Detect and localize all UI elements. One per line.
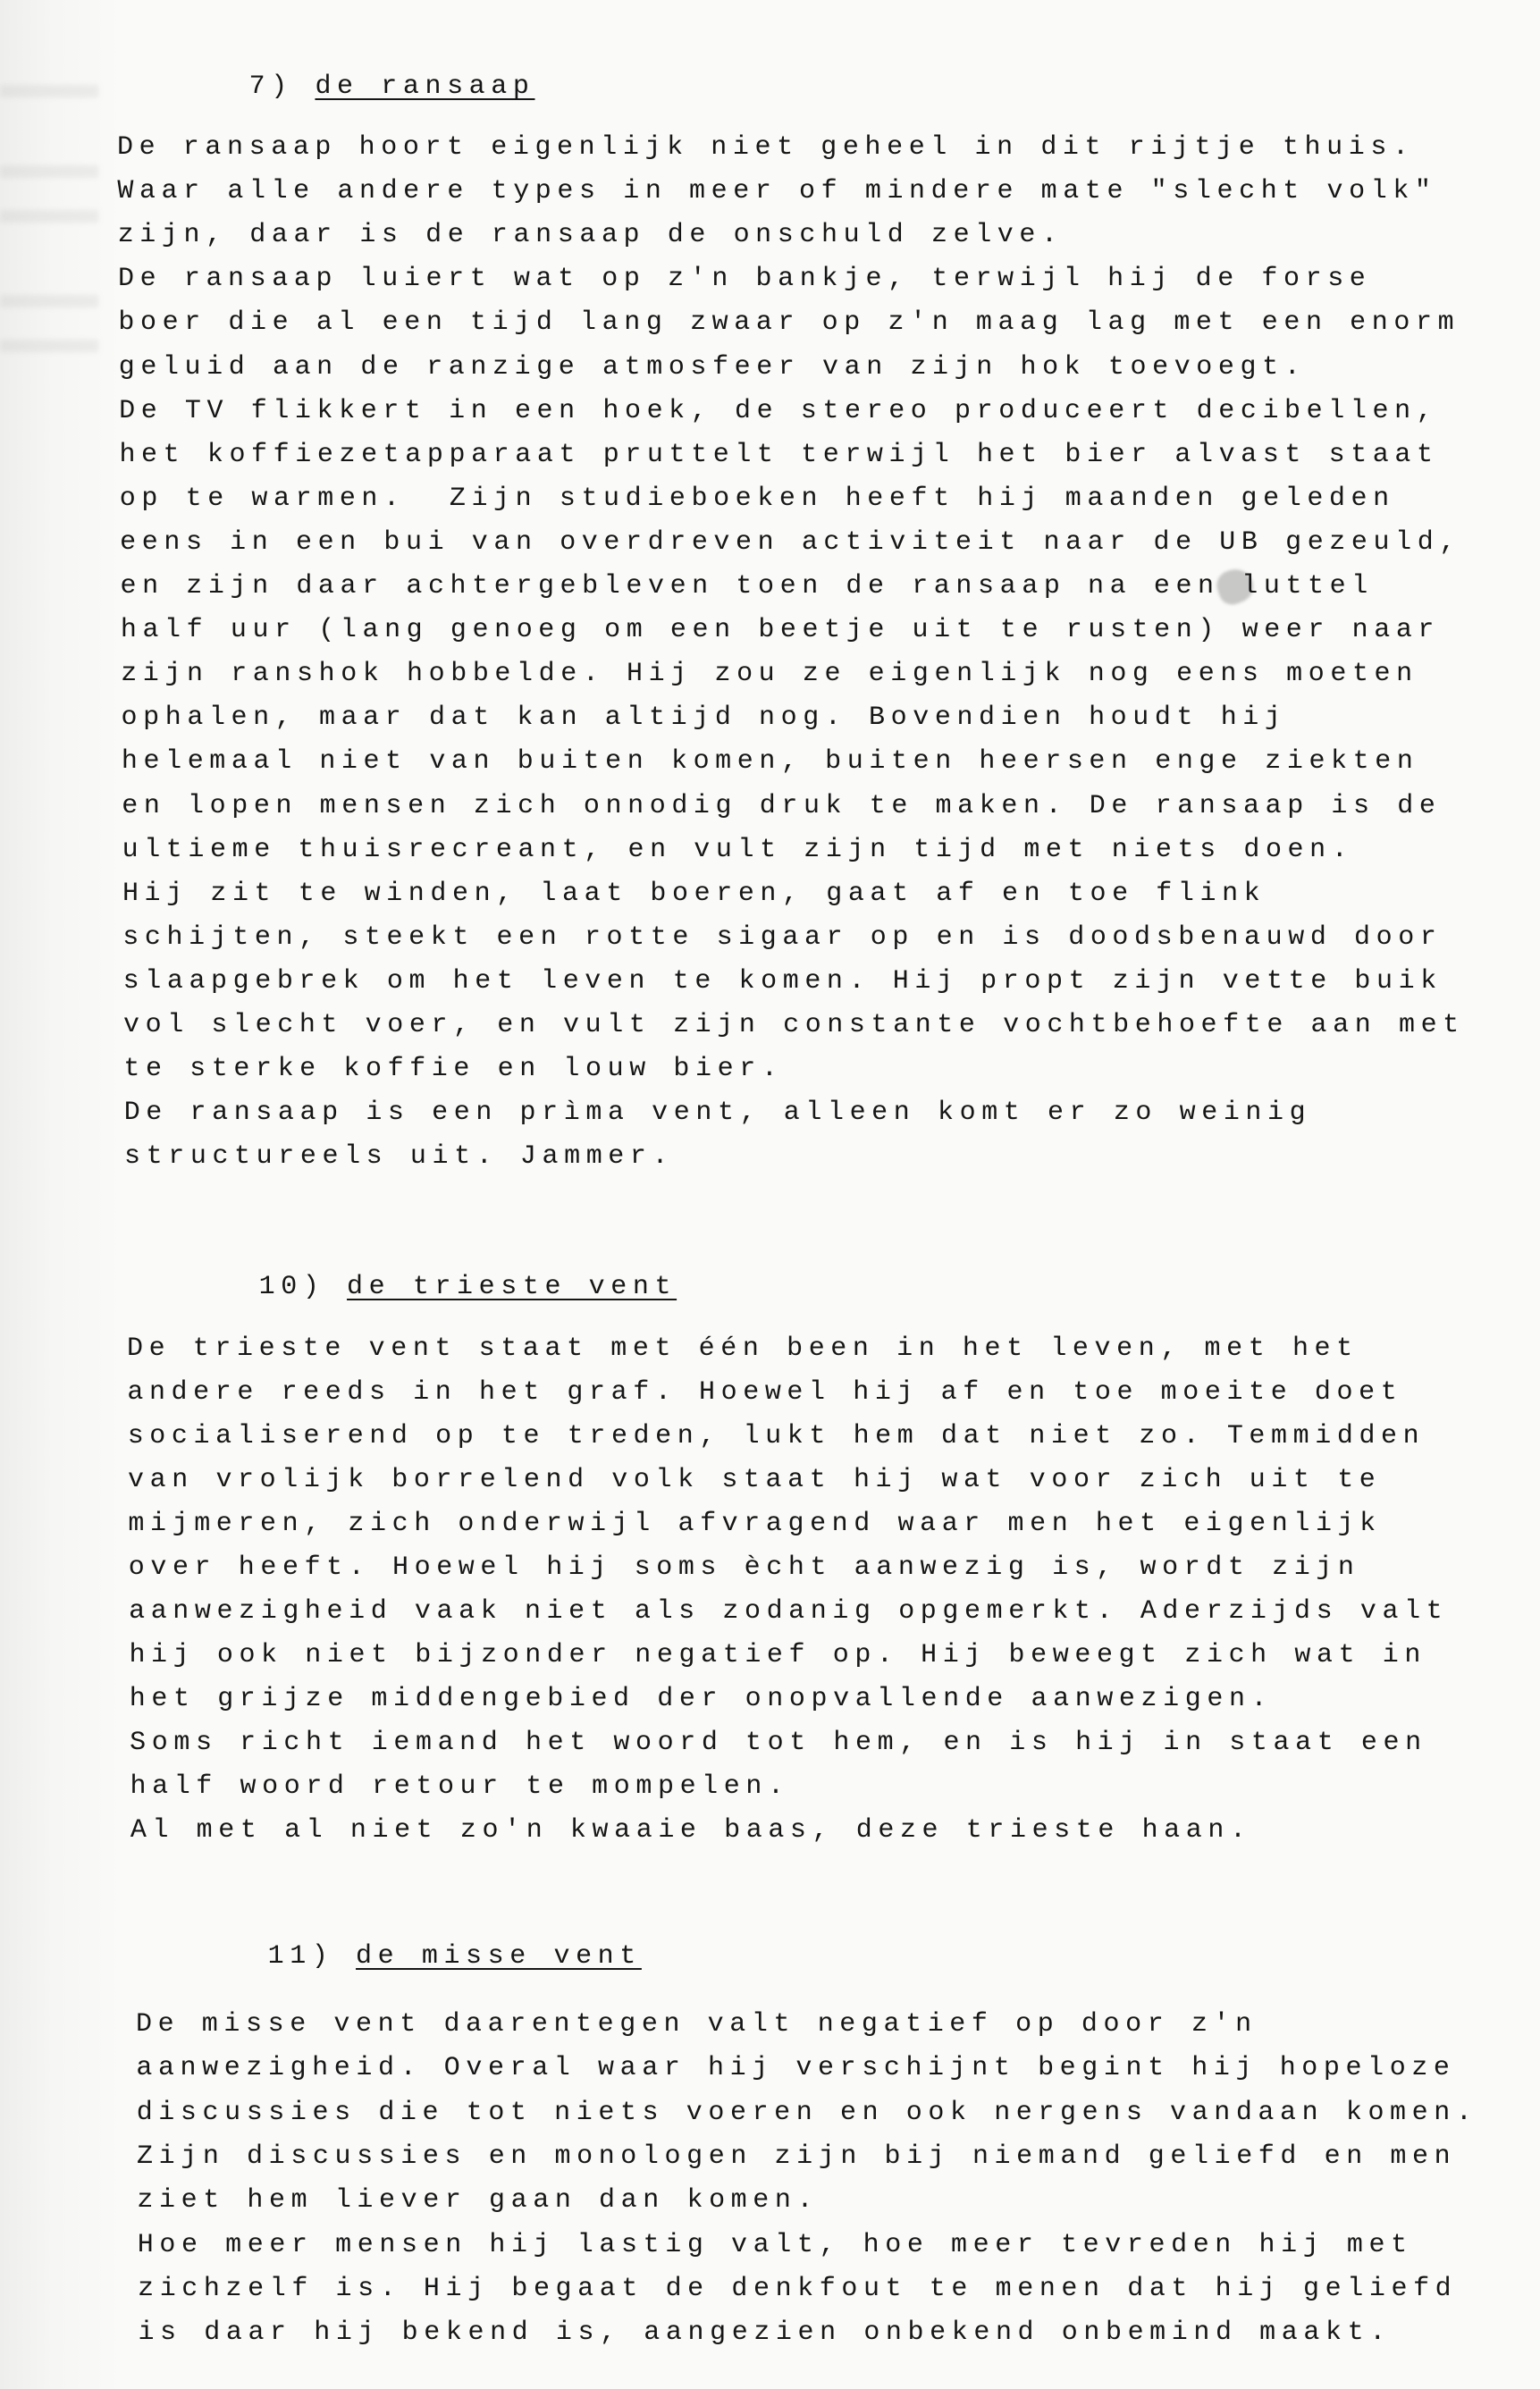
bleed-through-mark <box>0 85 98 97</box>
bleed-through-mark <box>0 165 98 178</box>
bleed-through-mark <box>0 295 98 307</box>
text-line: socialiserend op te treden, lukt hem dat… <box>128 1423 1426 1450</box>
text-line: structureels uit. Jammer. <box>124 1143 674 1170</box>
scanned-page: 7) de ransaap De ransaap hoort eigenlijk… <box>0 0 1540 2389</box>
text-line: geluid aan de ranzige atmosfeer van zijn… <box>119 354 1307 381</box>
section-number: 7) <box>249 72 293 102</box>
section-number: 11) <box>268 1941 334 1972</box>
text-line: zijn, daar is de ransaap de onschuld zel… <box>118 222 1064 248</box>
text-line: helemaal niet van buiten komen, buiten h… <box>122 748 1419 775</box>
text-line: De ransaap luiert wat op z'n bankje, ter… <box>118 265 1371 292</box>
text-line: discussies die tot niets voeren en ook n… <box>137 2099 1478 2126</box>
text-line: zichzelf is. Hij begaat de denkfout te m… <box>138 2275 1457 2302</box>
text-line: aanwezigheid. Overal waar hij verschijnt… <box>136 2055 1455 2082</box>
text-line: Zijn discussies en monologen zijn bij ni… <box>137 2143 1456 2170</box>
text-line: ultieme thuisrecreant, en vult zijn tijd… <box>122 837 1354 863</box>
section-heading: 10) de trieste vent <box>127 1247 677 1327</box>
bleed-through-mark <box>0 340 98 352</box>
text-line: mijmeren, zich onderwijl afvragend waar … <box>128 1510 1381 1537</box>
text-line: en zijn daar achtergebleven toen de rans… <box>121 573 1374 600</box>
bleed-through-mark <box>0 210 98 223</box>
text-line: over heeft. Hoewel hij soms ècht aanwezi… <box>129 1554 1360 1581</box>
text-line: het koffiezetapparaat pruttelt terwijl h… <box>119 442 1438 468</box>
text-line: Hij zit te winden, laat boeren, gaat af … <box>122 880 1266 907</box>
text-line: Soms richt iemand het woord tot hem, en … <box>130 1729 1427 1756</box>
text-line: Hoe meer mensen hij lastig valt, hoe mee… <box>138 2232 1413 2259</box>
text-line: zijn ranshok hobbelde. Hij zou ze eigenl… <box>121 660 1418 687</box>
text-line: half woord retour te mompelen. <box>130 1773 790 1800</box>
text-line: schijten, steekt een rotte sigaar op en … <box>122 924 1442 951</box>
section-title: de misse vent <box>356 1941 642 1972</box>
text-line: op te warmen. Zijn studieboeken heeft hi… <box>120 485 1395 512</box>
text-line: De TV flikkert in een hoek, de stereo pr… <box>119 398 1438 425</box>
text-line: boer die al een tijd lang zwaar op z'n m… <box>118 309 1460 336</box>
text-line: Al met al niet zo'n kwaaie baas, deze tr… <box>130 1817 1252 1844</box>
text-line: te sterke koffie en louw bier. <box>123 1056 783 1082</box>
text-line: De misse vent daarentegen valt negatief … <box>136 2011 1258 2038</box>
text-line: slaapgebrek om het leven te komen. Hij p… <box>123 968 1443 995</box>
text-line: andere reeds in het graf. Hoewel hij af … <box>127 1379 1402 1406</box>
section-title: de ransaap <box>315 72 534 102</box>
text-line: vol slecht voer, en vult zijn constante … <box>123 1012 1465 1039</box>
text-line: Waar alle andere types in meer of minder… <box>117 178 1436 205</box>
text-line: ziet hem liever gaan dan komen. <box>137 2187 819 2214</box>
text-line: van vrolijk borrelend volk staat hij wat… <box>128 1467 1381 1493</box>
text-line: De ransaap hoort eigenlijk niet geheel i… <box>117 134 1415 161</box>
section-heading: 7) de ransaap <box>117 46 534 127</box>
text-line: hij ook niet bijzonder negatief op. Hij … <box>129 1642 1426 1669</box>
text-line: eens in een bui van overdreven activitei… <box>120 529 1461 556</box>
text-line: half uur (lang genoeg om een beetje uit … <box>121 617 1440 644</box>
text-line: het grijze middengebied der onopvallende… <box>130 1686 1273 1712</box>
section-title: de trieste vent <box>347 1272 677 1302</box>
section-number: 10) <box>259 1272 325 1302</box>
text-line: is daar hij bekend is, aangezien onbeken… <box>138 2319 1391 2346</box>
section-heading: 11) de misse vent <box>136 1916 642 1997</box>
text-line: en lopen mensen zich onnodig druk te mak… <box>122 793 1441 820</box>
text-line: aanwezigheid vaak niet als zodanig opgem… <box>129 1598 1448 1625</box>
text-line: De trieste vent staat met één been in he… <box>127 1335 1359 1362</box>
text-line: ophalen, maar dat kan altijd nog. Bovend… <box>122 704 1287 731</box>
text-line: De ransaap is een prìma vent, alleen kom… <box>124 1099 1312 1126</box>
